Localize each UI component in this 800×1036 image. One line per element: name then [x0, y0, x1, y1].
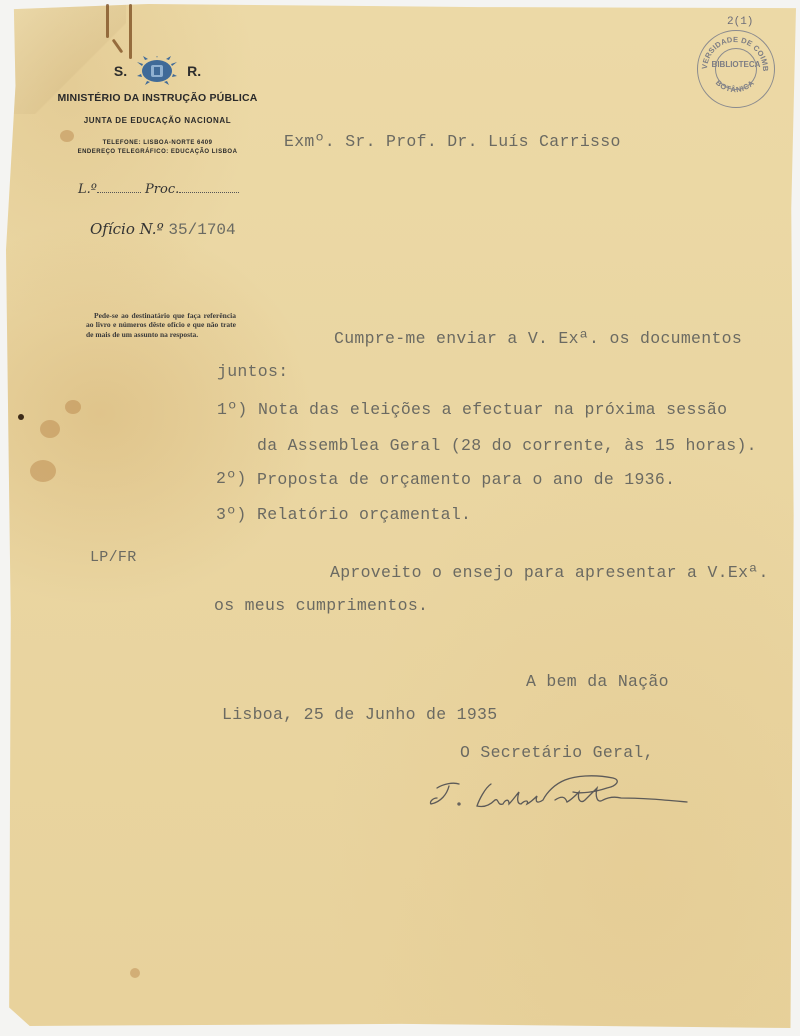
- proc-blank: [179, 192, 239, 193]
- telegraphic-address: ENDEREÇO TELEGRÁFICO: EDUCAÇÃO LISBOA: [50, 148, 265, 157]
- s-label: S.: [114, 63, 127, 79]
- signatory-title: O Secretário Geral,: [460, 743, 654, 762]
- livro-proc-line: L.º Proc.: [78, 182, 239, 197]
- stamp-center-text: BIBLIOTECA: [698, 60, 774, 69]
- closing-line-2: os meus cumprimentos.: [214, 596, 428, 615]
- rust-stain: [106, 4, 109, 38]
- foxing-spot: [130, 968, 140, 978]
- proc-label: Proc.: [145, 182, 179, 197]
- junta-name: JUNTA DE EDUCAÇÃO NACIONAL: [50, 116, 265, 125]
- closing-line-1: Aproveito o ensejo para apresentar a V.E…: [330, 563, 769, 582]
- foxing-spot: [65, 400, 81, 414]
- foxing-spot: [40, 420, 60, 438]
- stamp-inner-ring: [715, 48, 757, 90]
- salute: A bem da Nação: [526, 672, 669, 691]
- addressee: Exmº. Sr. Prof. Dr. Luís Carrisso: [284, 132, 621, 151]
- sr-row: S. R.: [50, 56, 265, 86]
- foxing-spot: [30, 460, 56, 482]
- library-stamp: UNIVERSIDADE DE COIMBRA BOTÂNICA BIBLIOT…: [697, 30, 775, 108]
- typist-initials: LP/FR: [90, 549, 137, 566]
- ministry-name: MINISTÉRIO DA INSTRUÇÃO PÚBLICA: [50, 92, 265, 104]
- item-2-text: Proposta de orçamento para o ano de 1936…: [257, 470, 675, 489]
- handwritten-signature: F. Leite Pinto: [425, 770, 695, 820]
- ink-spot: [18, 414, 24, 420]
- r-label: R.: [187, 63, 201, 79]
- item-3-text: Relatório orçamental.: [257, 505, 471, 524]
- margin-note: Pede-se ao destinatário que faça referên…: [86, 311, 236, 339]
- item-1-text: Nota das eleições a efectuar na próxima …: [258, 400, 727, 419]
- rust-stain: [129, 4, 132, 59]
- intro-line-1: Cumpre-me enviar a V. Exª. os documentos: [334, 329, 742, 348]
- livro-label: L.º: [78, 182, 97, 197]
- coat-of-arms-icon: [137, 56, 177, 86]
- contact-info: TELEFONE: LISBOA-NORTE 6409 ENDEREÇO TEL…: [50, 139, 265, 157]
- item-2-number: 2º): [216, 469, 247, 488]
- item-1-continuation: da Assemblea Geral (28 do corrente, às 1…: [257, 436, 757, 455]
- livro-blank: [97, 192, 141, 193]
- letterhead: S. R. MINISTÉRIO DA INSTRUÇÃO PÚBLICA JU…: [50, 56, 265, 157]
- item-3-number: 3º): [216, 505, 247, 524]
- place-date: Lisboa, 25 de Junho de 1935: [222, 705, 497, 724]
- telephone: TELEFONE: LISBOA-NORTE 6409: [50, 139, 265, 148]
- stamp-mark: 2(1): [727, 16, 753, 28]
- intro-line-2: juntos:: [217, 362, 288, 381]
- oficio-label: Ofício N.º: [90, 220, 164, 238]
- item-1-number: 1º): [217, 400, 248, 419]
- oficio-line: Ofício N.º 35/1704: [90, 220, 236, 239]
- oficio-number: 35/1704: [168, 221, 235, 239]
